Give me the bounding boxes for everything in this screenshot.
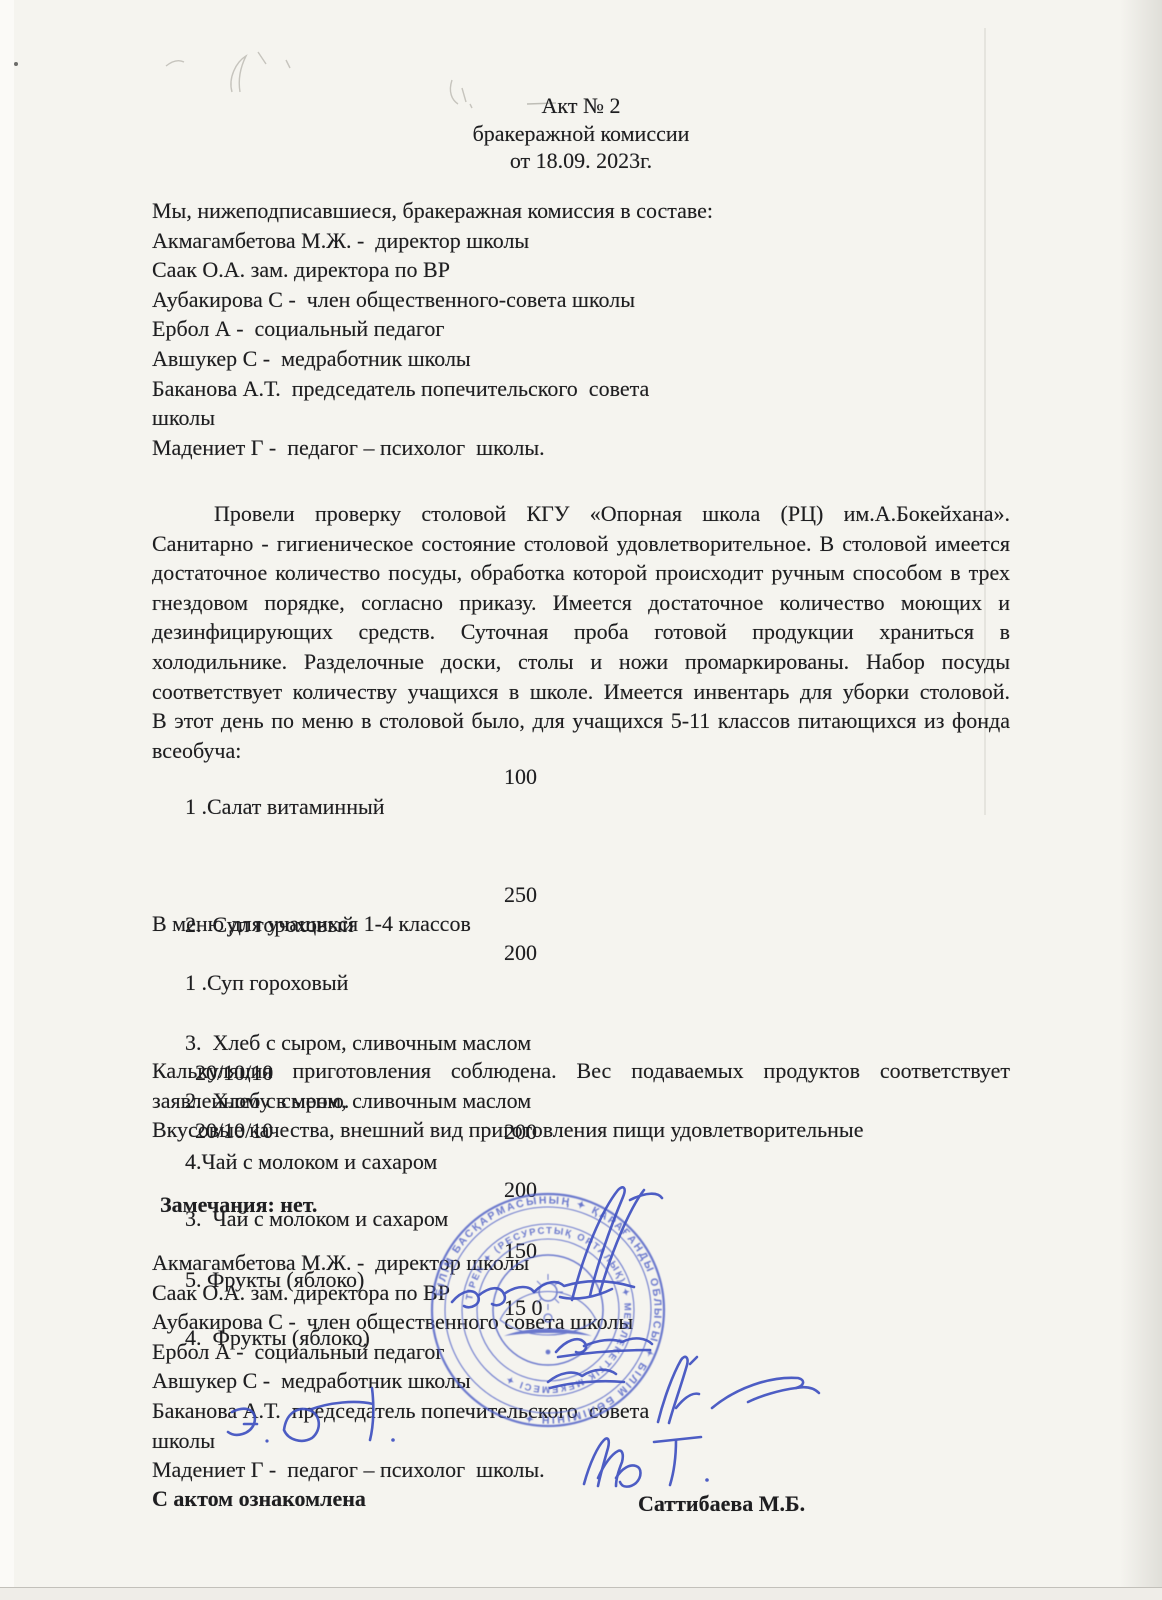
menu-1-4-title: В меню для учащихся 1-4 классов	[152, 909, 1010, 939]
inspection-line: дезинфицирующих средств. Суточная проба …	[152, 617, 1010, 647]
scan-edge-right	[1120, 0, 1162, 1600]
inspection-line: соответствует количеству учащихся в школ…	[152, 677, 1010, 707]
commission-member: Мадениет Г - педагог – психолог школы.	[152, 433, 1010, 463]
stamp-middle-ring-text: ТІРЕК ✦ (РЕСУРСТЫҚ ОРТАЛЫҚ) ✦ МЕМЛЕКЕТТІ…	[464, 1225, 632, 1394]
ink-dot-artifact	[14, 62, 18, 66]
title-act-number: Акт № 2	[152, 92, 1010, 120]
menu-item-name: 1 .Салат витаминный	[185, 794, 385, 819]
title-date: от 18.09. 2023г.	[152, 147, 1010, 175]
inspection-paragraph: Провели проверку столовой КГУ «Опорная ш…	[152, 499, 1010, 765]
document-title: Акт № 2 бракеражной комиссии от 18.09. 2…	[152, 92, 1010, 175]
commission-intro: Мы, нижеподписавшиеся, бракеражная комис…	[152, 196, 1010, 226]
signature-member: Мадениет Г - педагог – психолог школы.	[152, 1455, 1010, 1485]
acknowledged-by-name: Саттибаева М.Б.	[638, 1489, 805, 1519]
official-stamp: БІЛІМ БАСҚАРМАСЫНЫҢ ✦ ҚАРАҒАНДЫ ОБЛЫСЫ ✦…	[423, 1185, 673, 1435]
commission-member: Акмагамбетова М.Ж. - директор школы	[152, 226, 1010, 256]
inspection-line: Санитарно - гигиеническое состояние стол…	[152, 529, 1010, 559]
commission-member: Баканова А.Т. председатель попечительско…	[152, 374, 1010, 404]
menu-item-qty: 100	[504, 762, 537, 792]
title-commission: бракеражной комиссии	[152, 120, 1010, 148]
stamp-emblem	[500, 1274, 596, 1354]
conclusion-line: Калькуляция приготовления соблюдена. Вес…	[152, 1056, 1010, 1086]
remarks: Замечания: нет.	[160, 1190, 317, 1220]
menu-item-qty: 200	[504, 938, 537, 968]
menu-item-qty: 250	[504, 880, 537, 910]
scan-edge-left	[0, 0, 14, 1600]
acknowledgement-label: С актом ознакомлена	[152, 1484, 366, 1514]
commission-member: Ербол А - социальный педагог	[152, 314, 1010, 344]
inspection-line: холодильнике. Разделочные доски, столы и…	[152, 647, 1010, 677]
commission-member: школы	[152, 403, 1010, 433]
menu-item-name: 1 .Суп гороховый	[185, 970, 348, 995]
commission-member: Аубакирова С - член общественного-совета…	[152, 285, 1010, 315]
conclusion-line: заявленному в меню.	[152, 1086, 1010, 1116]
scan-edge-bottom	[0, 1587, 1162, 1600]
menu-title: В меню для учащихся 1-4 классов	[152, 909, 1010, 939]
inspection-line: Провели проверку столовой КГУ «Опорная ш…	[152, 499, 1010, 529]
conclusion: Калькуляция приготовления соблюдена. Вес…	[152, 1056, 1010, 1145]
inspection-line: всеобуча:	[152, 736, 1010, 766]
commission-list: Мы, нижеподписавшиеся, бракеражная комис…	[152, 196, 1010, 462]
inspection-line: достаточное количество посуды, обработка…	[152, 558, 1010, 588]
inspection-line: гнездовом порядке, согласно приказу. Име…	[152, 588, 1010, 618]
commission-member: Авшукер С - медработник школы	[152, 344, 1010, 374]
commission-member: Саак О.А. зам. директора по ВР	[152, 255, 1010, 285]
scanned-document-page: Акт № 2 бракеражной комиссии от 18.09. 2…	[0, 0, 1162, 1600]
inspection-line: В этот день по меню в столовой было, для…	[152, 706, 1010, 736]
menu-item: 1 .Салат витаминный 100	[152, 762, 1010, 880]
menu-item: 1 .Суп гороховый 200	[152, 938, 1010, 1056]
conclusion-line: Вкусовые качества, внешний вид приготовл…	[152, 1115, 1010, 1145]
